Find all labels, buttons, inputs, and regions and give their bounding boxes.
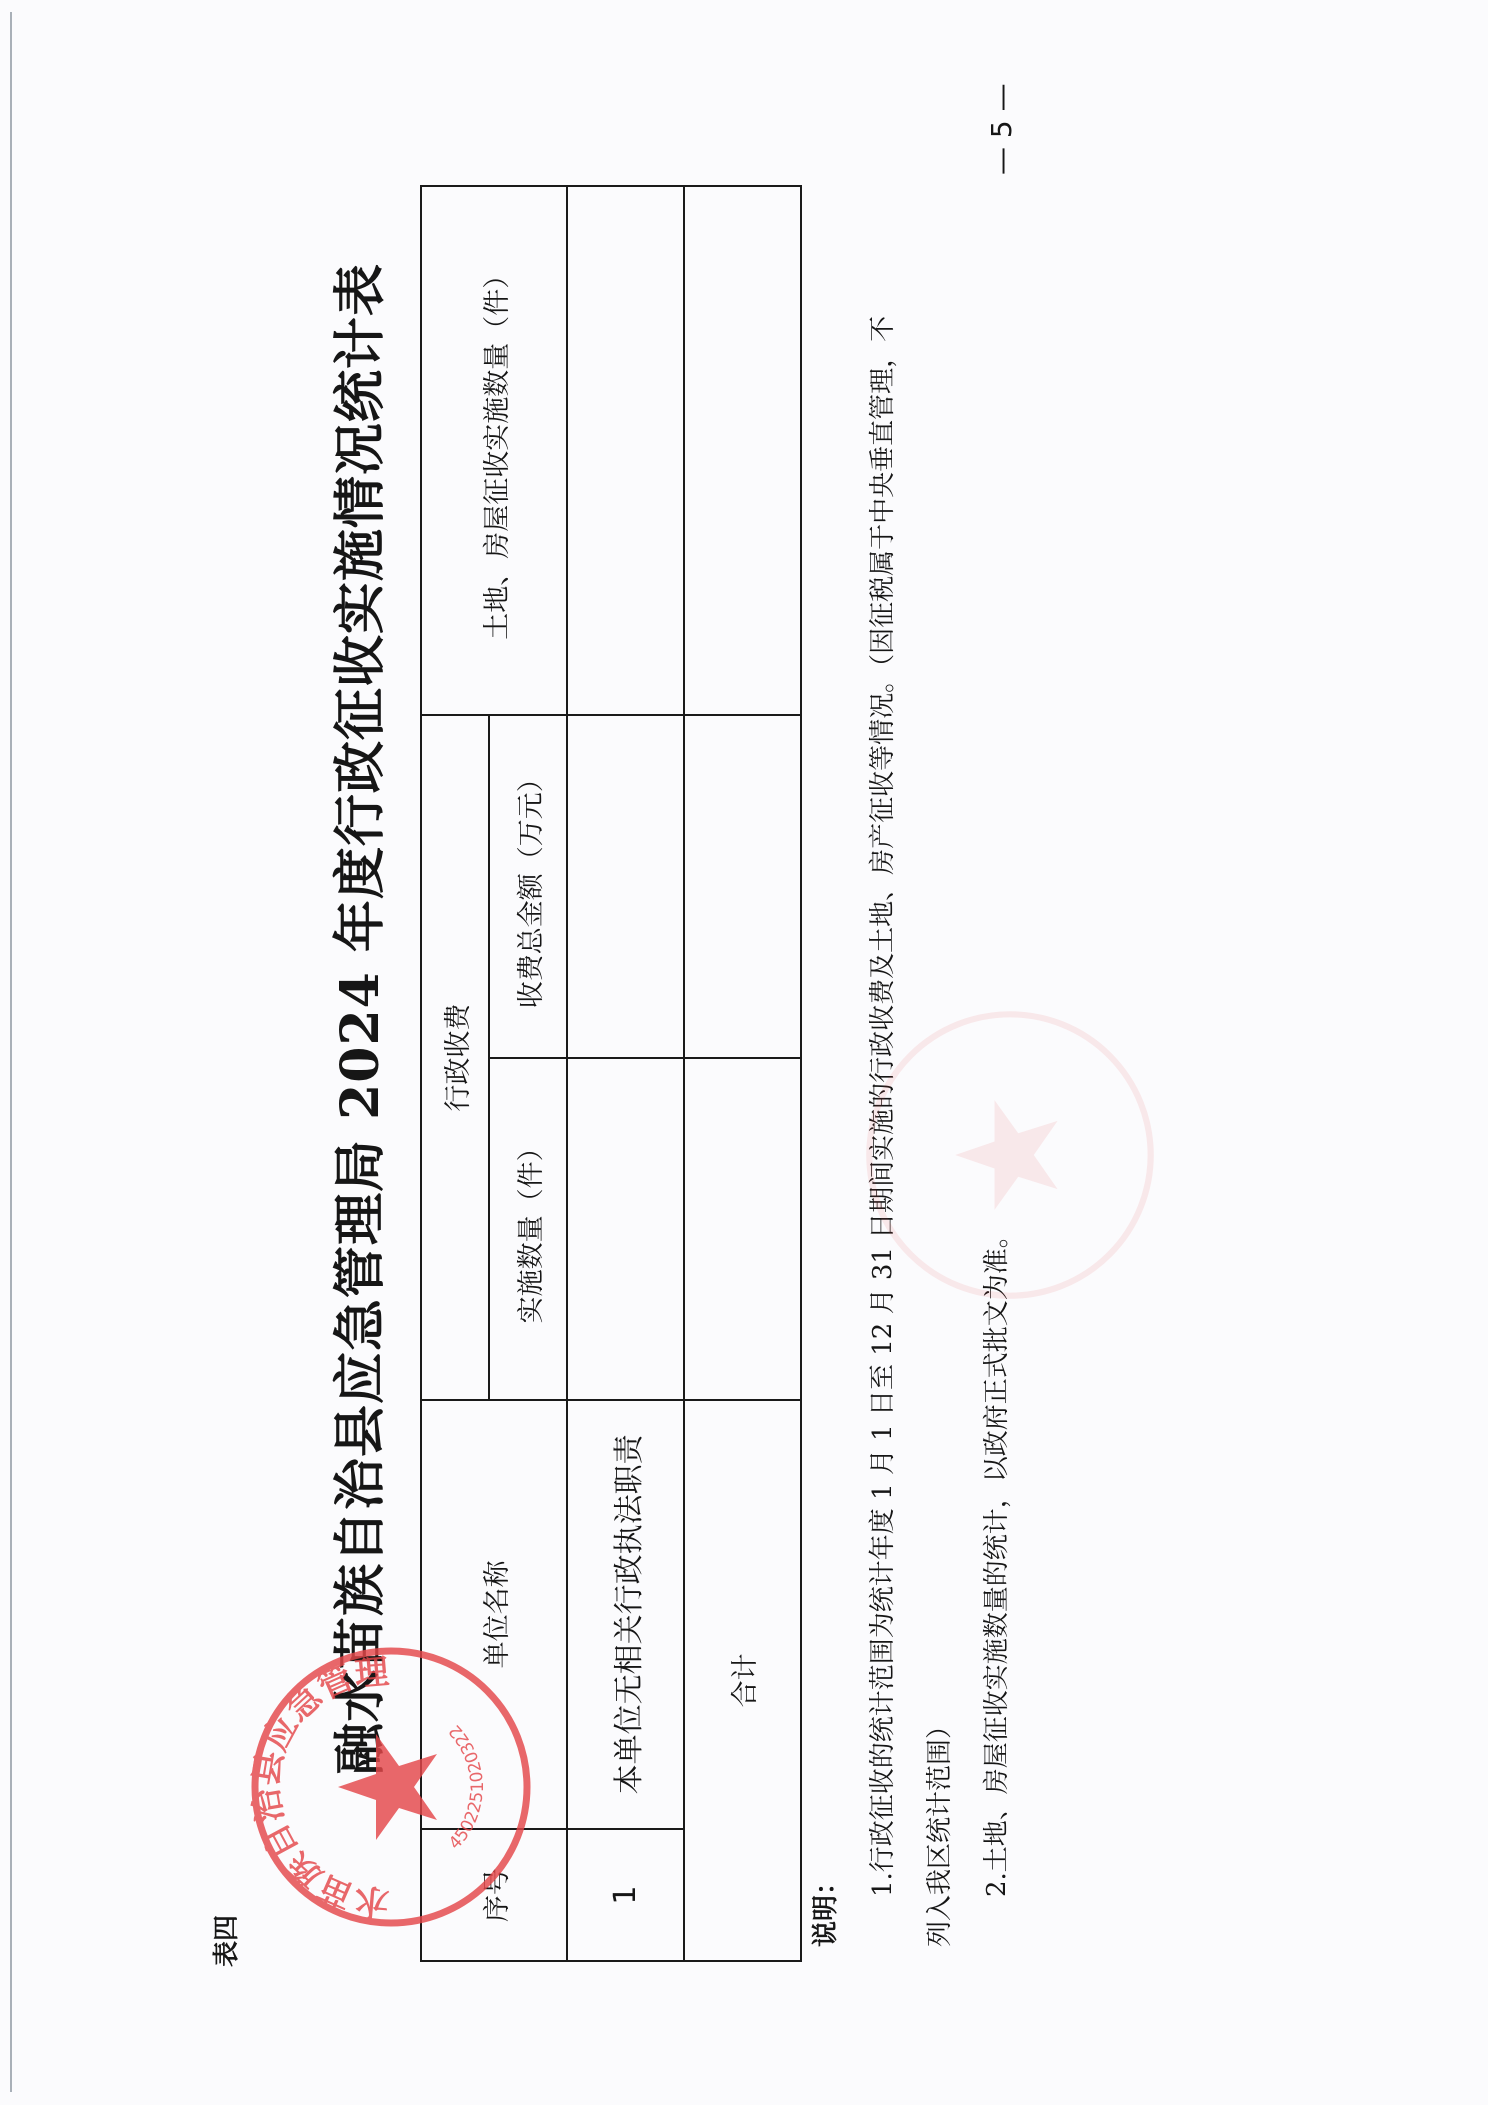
document-page: 表四 融水苗族自治县应急管理局 2024 年度行政征收实施情况统计表 序号 单位…	[0, 0, 1488, 2105]
note-item-1-continued: 列入我区统计范围）	[912, 147, 969, 1947]
total-land-housing-expropriation	[684, 186, 801, 715]
header-implementation-count: 实施数量（件）	[489, 1058, 567, 1400]
notes-section: 说明： 1.行政征收的统计范围为统计年度 1 月 1 日至 12 月 31 日期…	[798, 147, 1026, 1947]
note-item-1: 1.行政征收的统计范围为统计年度 1 月 1 日至 12 月 31 日期间实施的…	[855, 147, 912, 1947]
table-total-row: 合计	[684, 186, 801, 1961]
cell-unit-name: 本单位无相关行政执法职责	[567, 1400, 684, 1829]
total-fee-amount	[684, 715, 801, 1058]
table-row: 1 本单位无相关行政执法职责	[567, 186, 684, 1961]
total-implementation-count	[684, 1058, 801, 1400]
header-seq: 序号	[421, 1829, 567, 1961]
header-land-housing-expropriation: 土地、房屋征收实施数量（件）	[421, 186, 567, 715]
cell-implementation-count	[567, 1058, 684, 1400]
document-title: 融水苗族自治县应急管理局 2024 年度行政征收实施情况统计表	[318, 263, 393, 1775]
table-label: 表四	[206, 1915, 243, 1967]
cell-seq: 1	[567, 1829, 684, 1961]
table-header-row: 序号 单位名称 行政收费 土地、房屋征收实施数量（件）	[421, 186, 489, 1961]
header-unit-name: 单位名称	[421, 1400, 567, 1829]
page-number: — 5 —	[985, 83, 1018, 175]
total-label: 合计	[684, 1400, 801, 1961]
statistics-table: 序号 单位名称 行政收费 土地、房屋征收实施数量（件） 实施数量（件） 收费总金…	[420, 185, 802, 1962]
header-admin-fee-group: 行政收费	[421, 715, 489, 1399]
header-total-fee-amount: 收费总金额（万元）	[489, 715, 567, 1058]
note-item-2: 2.土地、房屋征收实施数量的统计，以政府正式批文为准。	[969, 147, 1026, 1947]
cell-total-fee-amount	[567, 715, 684, 1058]
notes-heading: 说明：	[798, 147, 855, 1947]
cell-land-housing-expropriation	[567, 186, 684, 715]
